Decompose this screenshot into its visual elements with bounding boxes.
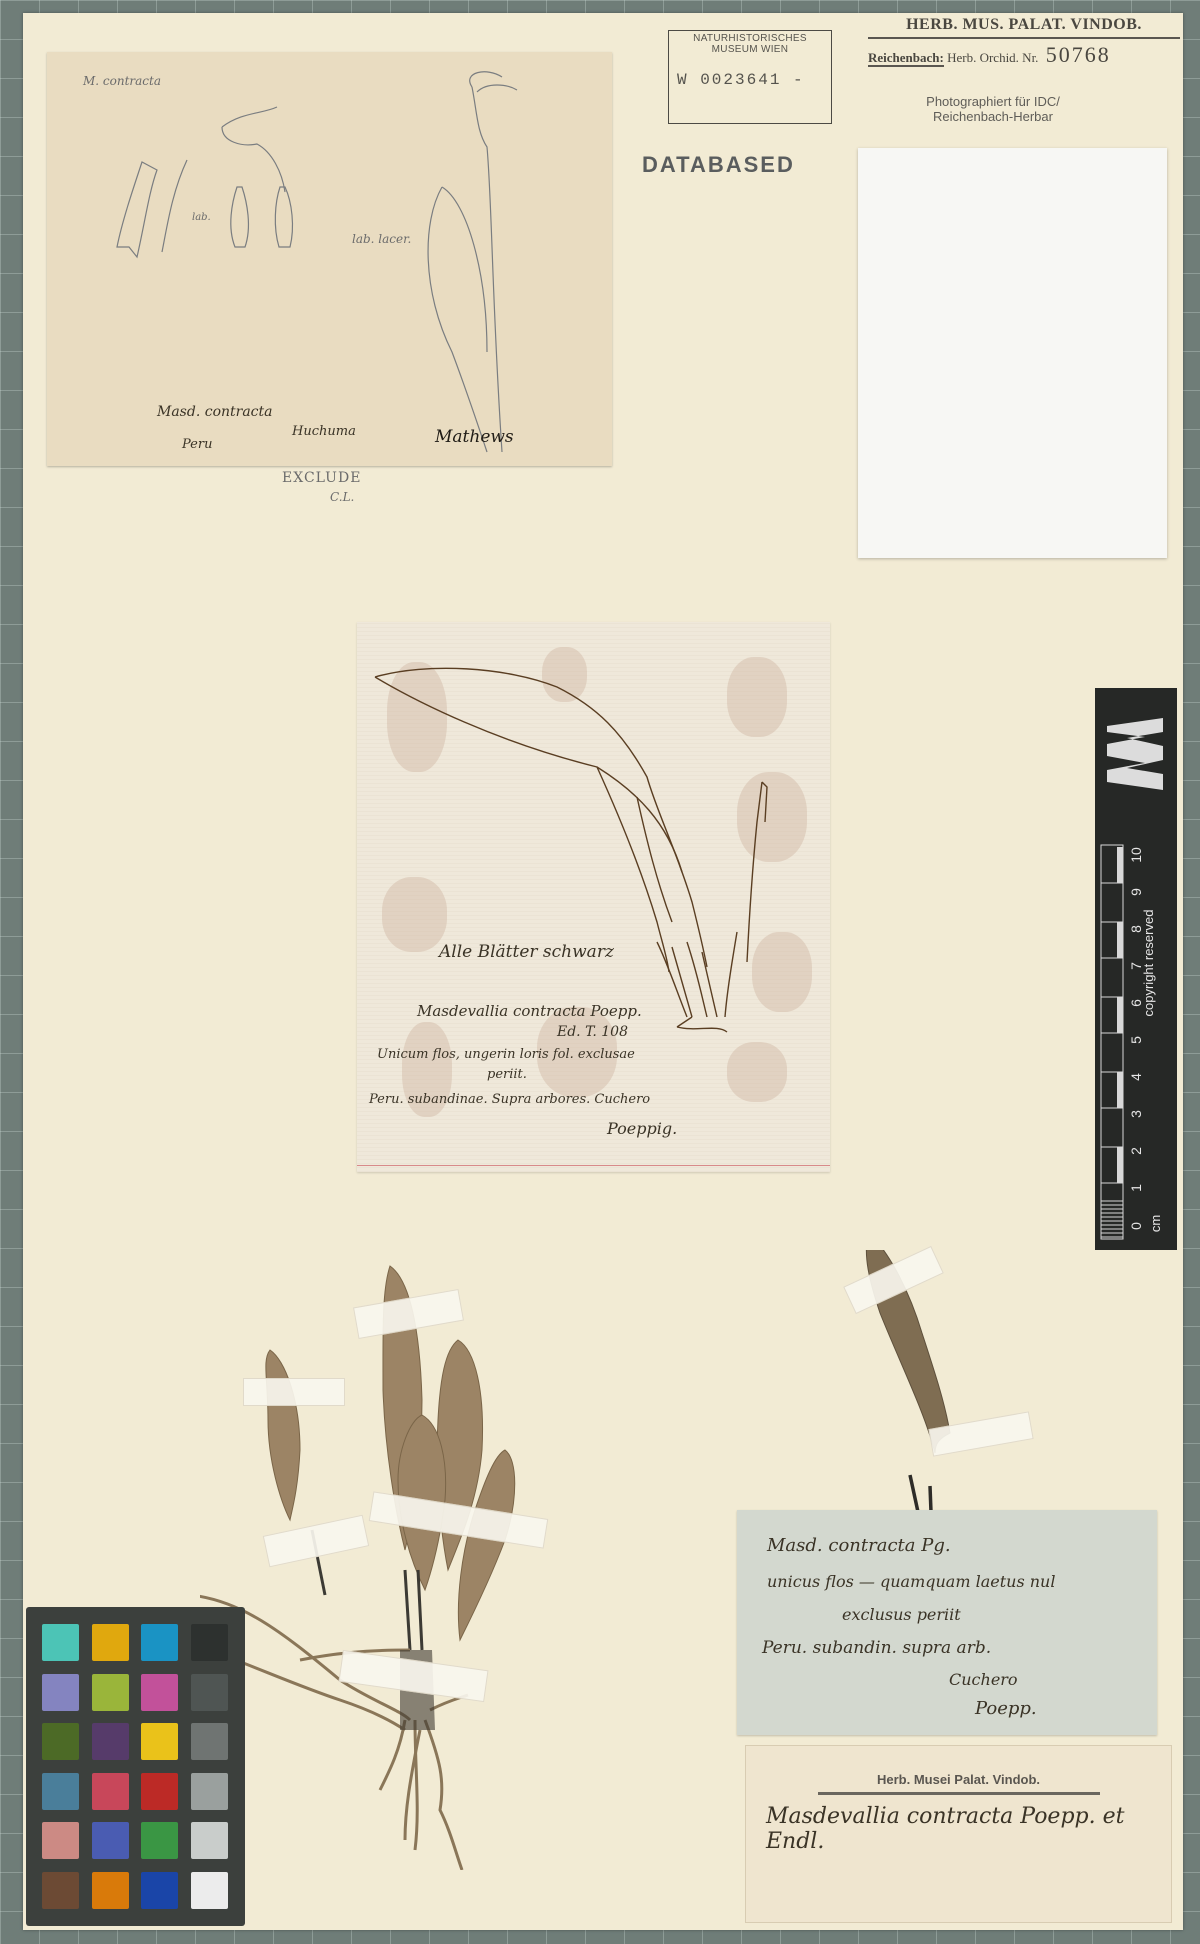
ink-drawing-sheet: Alle Blätter schwarz Masdevallia contrac… [357, 622, 830, 1172]
label-line-3: exclusus periit [842, 1605, 961, 1624]
tick-10: 10 [1128, 844, 1144, 866]
sketch-signature: Mathews [435, 427, 514, 447]
color-swatch [191, 1872, 228, 1909]
color-swatch [191, 1674, 228, 1711]
color-swatch [92, 1822, 129, 1859]
sketch-caption-locality: Peru [182, 437, 212, 452]
color-swatch [92, 1674, 129, 1711]
photo-stamp: Photographiert für IDC/ Reichenbach-Herb… [898, 94, 1088, 124]
pencil-sketch-sheet: M. contracta lab. lab. lacer. Masd. cont… [47, 52, 612, 466]
label-line-4: Peru. subandin. supra arb. [762, 1638, 991, 1658]
orchid-sketch-icon [47, 52, 612, 466]
color-swatch [141, 1674, 178, 1711]
tape-strip [243, 1378, 345, 1406]
color-swatch [42, 1872, 79, 1909]
label-line-6: Poepp. [975, 1698, 1037, 1719]
drawing-reference: Ed. T. 108 [557, 1024, 628, 1040]
tick-1: 1 [1128, 1177, 1144, 1199]
scale-ticks: 0 1 2 3 4 5 6 7 8 9 10 [1125, 843, 1147, 1243]
tick-4: 4 [1128, 1066, 1144, 1088]
determination-label: Herb. Musei Palat. Vindob. Masdevallia c… [745, 1745, 1172, 1923]
header-rule [818, 1792, 1100, 1795]
color-swatch [141, 1773, 178, 1810]
herbarium-title: HERB. MUS. PALAT. VINDOB. [868, 16, 1180, 39]
color-swatch [141, 1872, 178, 1909]
sketch-caption-species: Masd. contracta [157, 404, 273, 420]
determination-header: Herb. Musei Palat. Vindob. [746, 1772, 1171, 1787]
tick-8: 8 [1128, 918, 1144, 940]
orchid-ink-drawing-icon [357, 622, 830, 1172]
color-swatch [141, 1822, 178, 1859]
cm-unit-label: cm [1148, 1215, 1163, 1232]
tick-7: 7 [1128, 955, 1144, 977]
sketch-label-lab-lacer: lab. lacer. [352, 232, 411, 246]
drawing-description: Unicum flos, ungerin loris fol. exclusae [377, 1047, 635, 1062]
drawing-note: Alle Blätter schwarz [439, 942, 614, 962]
drawing-collector: Poeppig. [607, 1119, 677, 1138]
color-calibration-chart [26, 1607, 245, 1926]
museum-stamp-line2: MUSEUM WIEN [669, 44, 831, 55]
drawing-description-2: periit. [487, 1067, 527, 1082]
determination-name: Masdevallia contracta Poepp. et Endl. [766, 1804, 1171, 1854]
color-swatch [92, 1773, 129, 1810]
sketch-caption-place: Huchuma [292, 424, 356, 439]
label-line-2: unicus flos — quamquam laetus nul [767, 1572, 1055, 1591]
color-swatch [191, 1822, 228, 1859]
exclude-note: EXCLUDE [282, 470, 361, 486]
exclude-initials: C.L. [330, 490, 354, 504]
herb-orchid-label: Herb. Orchid. Nr. [947, 50, 1038, 65]
label-line-5: Cuchero [949, 1670, 1018, 1689]
tick-9: 9 [1128, 881, 1144, 903]
color-swatch [92, 1872, 129, 1909]
herbarium-header: HERB. MUS. PALAT. VINDOB. Reichenbach: H… [868, 16, 1180, 68]
photo-stamp-line2: Reichenbach-Herbar [898, 109, 1088, 124]
color-swatch [42, 1674, 79, 1711]
sketch-label-lab: lab. [192, 212, 211, 223]
tick-2: 2 [1128, 1140, 1144, 1162]
w-logo-icon [1105, 718, 1165, 798]
color-swatch [141, 1723, 178, 1760]
databased-stamp: DATABASED [642, 152, 795, 178]
color-swatch [191, 1773, 228, 1810]
color-swatch [191, 1723, 228, 1760]
original-collection-label: Masd. contracta Pg. unicus flos — quamqu… [737, 1510, 1157, 1735]
label-line-1: Masd. contracta Pg. [767, 1535, 951, 1556]
blank-white-card [858, 148, 1167, 558]
catalog-number: W 0023641 - [677, 71, 805, 89]
tick-0: 0 [1128, 1215, 1144, 1237]
drawing-species: Masdevallia contracta Poepp. [417, 1002, 642, 1020]
photo-stamp-line1: Photographiert für IDC/ [898, 94, 1088, 109]
herbarium-number: 50768 [1046, 42, 1111, 67]
tick-3: 3 [1128, 1103, 1144, 1125]
color-swatch [42, 1624, 79, 1661]
color-swatch [42, 1723, 79, 1760]
color-swatch [42, 1822, 79, 1859]
color-swatch [191, 1624, 228, 1661]
museum-stamp: NATURHISTORISCHES MUSEUM WIEN W 0023641 … [668, 30, 832, 124]
color-swatch [42, 1773, 79, 1810]
color-swatch [92, 1723, 129, 1760]
color-swatch [92, 1624, 129, 1661]
museum-stamp-line1: NATURHISTORISCHES [669, 33, 831, 44]
drawing-locality: Peru. subandinae. Supra arbores. Cuchero [369, 1092, 650, 1107]
tick-6: 6 [1128, 992, 1144, 1014]
red-rule-line [357, 1165, 830, 1166]
tick-5: 5 [1128, 1029, 1144, 1051]
scale-bar: copyright reserved 0 1 2 3 [1095, 688, 1177, 1250]
color-swatch [141, 1624, 178, 1661]
reichenbach-label: Reichenbach: [868, 50, 944, 67]
